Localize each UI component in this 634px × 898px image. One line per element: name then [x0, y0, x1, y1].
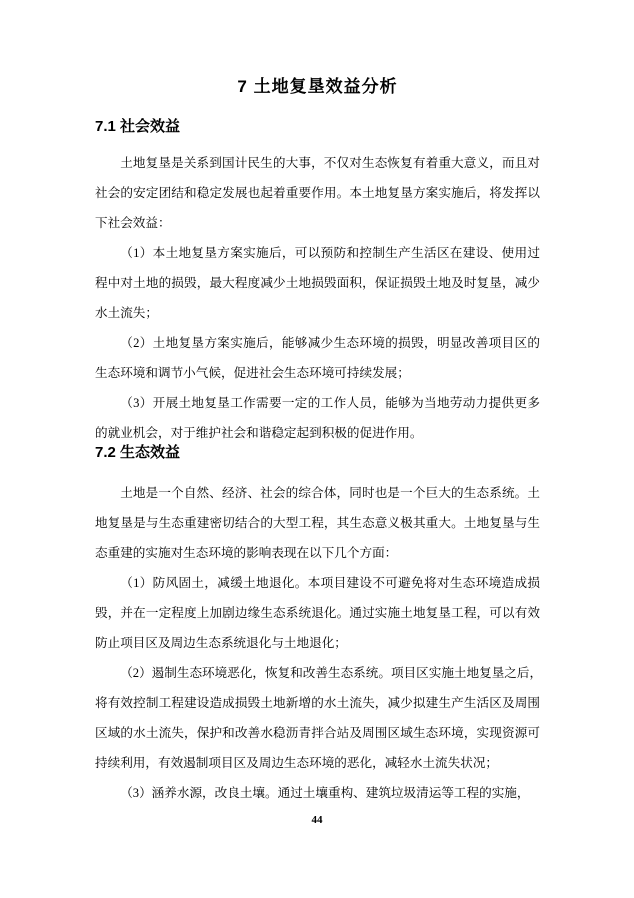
- paragraph: （2）土地复垦方案实施后，能够减少生态环境的损毁，明显改善项目区的生态环境和调节…: [95, 328, 540, 388]
- paragraph: （3）开展土地复垦工作需要一定的工作人员，能够为当地劳动力提供更多的就业机会，对…: [95, 388, 540, 448]
- section-heading: 7.1 社会效益: [95, 114, 540, 140]
- paragraph: 土地是一个自然、经济、社会的综合体，同时也是一个巨大的生态系统。土地复垦是与生态…: [95, 478, 540, 568]
- text-line: （1）本土地复垦方案实施后，可以预防和控制生产生活区在建设、使用过: [95, 238, 540, 268]
- text-line: 社会的安定团结和稳定发展也起着重要作用。本土地复垦方案实施后，将发挥以: [95, 178, 540, 208]
- paragraph: （1）本土地复垦方案实施后，可以预防和控制生产生活区在建设、使用过程中对土地的损…: [95, 238, 540, 328]
- paragraph: （3）涵养水源，改良土壤。通过土壤重构、建筑垃圾清运等工程的实施，: [95, 778, 540, 808]
- text-line: 程中对土地的损毁，最大程度减少土地损毁面积，保证损毁土地及时复垦，减少: [95, 268, 540, 298]
- paragraph: （1）防风固土，减缓土地退化。本项目建设不可避免将对生态环境造成损毁，并在一定程…: [95, 568, 540, 658]
- section: 7.2 生态效益土地是一个自然、经济、社会的综合体，同时也是一个巨大的生态系统。…: [95, 440, 540, 808]
- text-line: 水土流失；: [95, 298, 540, 328]
- text-line: （2）土地复垦方案实施后，能够减少生态环境的损毁，明显改善项目区的: [95, 328, 540, 358]
- text-line: 下社会效益：: [95, 208, 540, 238]
- text-line: （2）遏制生态环境恶化，恢复和改善生态系统。项目区实施土地复垦之后，: [95, 658, 540, 688]
- text-line: 土地复垦是关系到国计民生的大事，不仅对生态恢复有着重大意义，而且对: [95, 148, 540, 178]
- text-line: 将有效控制工程建设造成损毁土地新增的水土流失，减少拟建生产生活区及周围: [95, 688, 540, 718]
- text-line: 态重建的实施对生态环境的影响表现在以下几个方面：: [95, 538, 540, 568]
- document-body: 7.1 社会效益土地复垦是关系到国计民生的大事，不仅对生态恢复有着重大意义，而且…: [95, 114, 540, 808]
- text-line: （1）防风固土，减缓土地退化。本项目建设不可避免将对生态环境造成损: [95, 568, 540, 598]
- text-line: 毁，并在一定程度上加剧边缘生态系统退化。通过实施土地复垦工程，可以有效: [95, 598, 540, 628]
- page-number: 44: [0, 814, 634, 826]
- text-line: （3）涵养水源，改良土壤。通过土壤重构、建筑垃圾清运等工程的实施，: [95, 778, 540, 808]
- section: 7.1 社会效益土地复垦是关系到国计民生的大事，不仅对生态恢复有着重大意义，而且…: [95, 114, 540, 448]
- paragraph: 土地复垦是关系到国计民生的大事，不仅对生态恢复有着重大意义，而且对社会的安定团结…: [95, 148, 540, 238]
- text-line: 土地是一个自然、经济、社会的综合体，同时也是一个巨大的生态系统。土: [95, 478, 540, 508]
- document-page: 7 土地复垦效益分析 7.1 社会效益土地复垦是关系到国计民生的大事，不仅对生态…: [0, 0, 634, 898]
- text-line: 区域的水土流失，保护和改善水稳沥青拌合站及周围区域生态环境，实现资源可: [95, 718, 540, 748]
- text-line: 防止项目区及周边生态系统退化与土地退化；: [95, 628, 540, 658]
- text-line: （3）开展土地复垦工作需要一定的工作人员，能够为当地劳动力提供更多: [95, 388, 540, 418]
- paragraph: （2）遏制生态环境恶化，恢复和改善生态系统。项目区实施土地复垦之后，将有效控制工…: [95, 658, 540, 778]
- document-title: 7 土地复垦效益分析: [95, 74, 540, 100]
- text-line: 持续利用，有效遏制项目区及周边生态环境的恶化，减轻水土流失状况；: [95, 748, 540, 778]
- text-line: 生态环境和调节小气候，促进社会生态环境可持续发展；: [95, 358, 540, 388]
- text-line: 地复垦是与生态重建密切结合的大型工程，其生态意义极其重大。土地复垦与生: [95, 508, 540, 538]
